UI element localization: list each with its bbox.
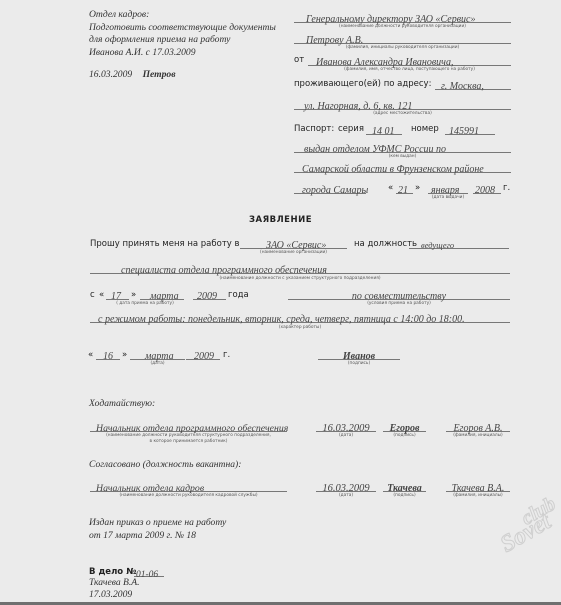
series-line: 14 01 [366,121,402,135]
caption: (наименование организации) [240,250,347,255]
order-block: Издан приказ о приеме на работу от 17 ма… [89,517,226,542]
sign-day-line: 16 [96,346,120,360]
caption: (дата) [316,493,376,498]
caption: (фамилия, инициалы) [446,493,510,498]
conditions-line: по совместительству [288,286,510,300]
filing-date: 17.03.2009 [89,589,140,601]
address-city-line: г. Москва, [435,76,511,90]
caption: (наименование должности руководителя орг… [294,24,511,29]
address-street-line: ул. Нагорная, д. 6, кв. 121 [294,96,511,110]
approval-position-line: Начальник отдела кадров [90,478,287,492]
from-label: с [90,290,95,300]
caption: (дата) [316,433,376,438]
issue-year: 2008 [475,185,495,196]
resolution-line: Иванова А.И. с 17.03.2009 [89,47,276,60]
approval-date-line: 16.03.2009 [316,478,376,492]
petition-title: Ходатайствую: [89,398,155,409]
address-label: проживающего(ей) по адресу: [294,79,431,89]
issued-line-2: Самарской области в Фрунзенском районе [294,159,511,173]
number-label: номер [411,124,439,134]
year-suffix: г. [503,183,510,193]
quote-close: » [415,183,420,193]
issue-day-line: 21 [396,180,413,194]
issue-day: 21 [398,185,408,196]
from-label: от [294,55,304,65]
sign-year: 2009 [194,351,214,362]
position-line-2: специалиста отдела программного обеспече… [90,260,510,274]
filing-name: Ткачева В.А. [89,577,140,589]
issued-line-3: города Самары [294,180,366,194]
petition-position-line: Начальник отдела программного обеспечени… [90,418,287,432]
issue-month-line: января [428,180,468,194]
organization-line: ЗАО «Сервис» [240,235,347,249]
quote-close: » [122,350,127,360]
quote-close: » [131,290,136,300]
order-line: Издан приказ о приеме на работу [89,517,226,530]
caption: (наименование должности руководителя стр… [90,433,287,438]
addressee-position-line: Генеральному директору ЗАО «Сервис» [294,9,511,23]
resolution-line: для оформления приема на работу [89,34,276,47]
quote-open: « [99,290,104,300]
series-label: серия [338,124,364,134]
addressee-name-line: Петрову А.В. [294,30,511,44]
caption: ( дата приема на работу) [100,301,190,306]
year-word: года [228,290,249,300]
caption: (характер работы) [90,325,510,330]
passport-label: Паспорт: [294,124,334,134]
resolution-date: 16.03.2009 [89,69,132,80]
order-line: от 17 марта 2009 г. № 18 [89,530,226,543]
number-line: 145991 [445,121,495,135]
issued-by-3: города Самары [302,185,368,196]
issue-year-line: 2008 [473,180,501,194]
filing-number-line: 01-06 [134,564,164,577]
petition-name-line: Егоров А.В. [446,418,510,432]
quote-open: « [388,183,393,193]
caption: (адрес местожительства) [294,111,511,116]
caption: (дата) [130,361,185,366]
position-part1: ведущего [421,240,454,250]
caption: (фамилия, имя, отчество лица, поступающе… [308,67,511,72]
passport-number: 145991 [449,126,479,137]
schedule: с режимом работы: понедельник, вторник, … [98,314,465,325]
resolution-signature: Петров [143,69,176,80]
from-name-line: Иванова Александра Ивановича, [308,52,511,66]
filing-details: Ткачева В.А. 17.03.2009 [89,577,140,601]
schedule-line: с режимом работы: понедельник, вторник, … [90,309,510,323]
caption: (наименование должности руководителя кад… [90,493,287,498]
start-year: 2009 [197,291,217,302]
position-part2: специалиста отдела программного обеспече… [121,265,327,276]
filing-label: В дело № [89,567,136,577]
approval-title: Согласовано (должность вакантна): [89,459,241,470]
resolution-block: Отдел кадров: Подготовить соответствующи… [89,9,276,82]
approval-name-line: Ткачева В.А. [446,478,510,492]
start-year-line: 2009 [193,286,226,300]
position-line-1: ведущего [409,235,509,249]
approval-signature-line: Ткачева [383,478,426,492]
sign-month-line: марта [130,346,185,360]
caption: (фамилия, инициалы) [446,433,510,438]
issued-line-1: выдан отделом УФМС России по [294,139,511,153]
passport-series: 14 01 [372,126,395,137]
start-month-line: марта [140,286,184,300]
caption: (подпись) [383,433,426,438]
caption: (дата выдачи) [428,195,468,200]
caption: (наименование должности с указанием стру… [90,276,510,281]
caption: (подпись) [318,361,400,366]
watermark-logo: club Sovet [499,500,557,560]
petition-signature-line: Егоров [383,418,426,432]
resolution-line: Отдел кадров: [89,9,276,22]
caption: в которое принимается работник) [90,439,287,444]
caption: (подпись) [383,493,426,498]
request-label: Прошу принять меня на работу в [90,239,240,249]
applicant-signature-line: Иванов [318,346,400,360]
year-suffix: г. [223,350,230,360]
application-title: ЗАЯВЛЕНИЕ [0,215,561,225]
sign-year-line: 2009 [186,346,220,360]
address-city: г. Москва, [441,81,484,92]
quote-open: « [88,350,93,360]
caption: (фамилия, инициалы руководителя организа… [294,45,511,50]
resolution-line: Подготовить соответствующие документы [89,22,276,35]
start-day-line: 17 [106,286,129,300]
sign-day: 16 [103,351,113,362]
position-label: на должность [354,239,417,249]
caption: (условия приема на работу) [288,301,510,306]
petition-date-line: 16.03.2009 [316,418,376,432]
issued-by-2: Самарской области в Фрунзенском районе [302,164,484,175]
